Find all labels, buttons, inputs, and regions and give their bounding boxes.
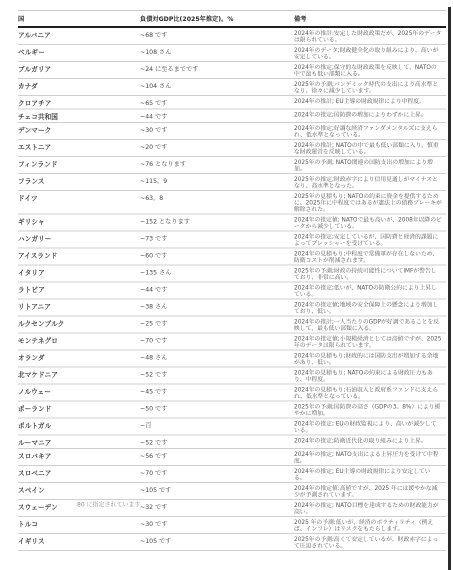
debt-ratio-value: ~56 です [140,449,294,466]
note-text: 2024年の推定値;地域の安全保障上の懸念により増加しており、低い。 [294,299,446,316]
note-text: 2024年の推定; EU主導の財政規律により安定している。 [294,466,446,483]
country-name: フランス [18,174,140,191]
country-name: 北マケドニア [18,367,140,384]
note-text: 2024年の推計; NATOの中で最も低い部類に入り、慎重な財政運営を反映してい… [294,140,446,157]
debt-ratio-value: ~32 です [140,500,294,517]
table-row: イギリス ~105 です 2025年の予測:高くて安定しているが、財政赤字によっ… [18,534,446,551]
debt-ratio-value: ~108 さん [140,45,294,62]
floating-annotation: 80 に指定されています [77,500,141,509]
table-row: スロバキア ~56 です 2024年の推定; NATO支出による上昇圧力を受けて… [18,449,446,466]
debt-ratio-value: ~20 です [140,140,294,157]
country-name: フィンランド [18,157,140,174]
note-text: 2024年の見積もり; NATOの約束による財政圧力もあり、中程度。 [294,367,446,384]
debt-ratio-value: ~115。9 [140,174,294,191]
country-name: モンテネグロ [18,333,140,350]
note-text: 2024年の推計; EU主導の財政規律により中程度。 [294,96,446,110]
country-name: ギリシャ [18,214,140,231]
debt-ratio-value: ~30 です [140,517,294,534]
table-row: ポーランド ~50 です 2025年の予測;国防費の高さ（GDPの3。8%）によ… [18,401,446,418]
note-text: 2025年の予測;財政の持続可能性についてIMFが警告しており、非常に高い。 [294,265,446,282]
country-name: ドイツ [18,191,140,215]
note-text: 2024年の推定値; NATOで最も高いが、2008年以降のピークから減少してい… [294,214,446,231]
debt-ratio-value: ~百 [140,418,294,435]
debt-ratio-value: ~63。8 [140,191,294,215]
note-text: 2024年のデータ;財政健全化の取り組みにより、高いが安定している。 [294,45,446,62]
debt-ratio-value: ~105 です [140,483,294,500]
debt-ratio-value: ~52 です [140,367,294,384]
debt-ratio-value: ~70 です [140,333,294,350]
table-row: ポルトガル ~百 2024年の推定; EUの財政監視により、高いが減少している。 [18,418,446,435]
table-row: ノルウェー ~45 です 2024年の見積もり;石油収入と政府系ファンドに支えら… [18,384,446,401]
debt-ratio-value: ~30 です [140,123,294,140]
country-name: エストニア [18,140,140,157]
country-name: リトアニア [18,299,140,316]
table-row: トルコ ~30 です 2025 年の予測:低いが、経済のボラティリティ（例えば、… [18,517,446,534]
col-header-country: 国 [18,11,140,28]
note-text: 2024年の見積もり;石油収入と政府系ファンドに支えられ、低水準となっている。 [294,384,446,401]
note-text: 2024年の推計:安定した財政政策だが、2025年のデータは限られている。 [294,27,446,45]
note-text: 2025年の予測; NATO関連の国防支出の増加により増加。 [294,157,446,174]
note-text: 2024年の推定;好調な経済ファンダメンタルズに支えられ、低水準となっている。 [294,123,446,140]
note-text: 2024年の見積もり;中程度で常備軍が存在しないため、防衛コストが削減されます。 [294,248,446,265]
note-text: 2024年の推定;保守的な財政政策を反映して、NATOの中で最も低い部類に入る。 [294,62,446,79]
table-row: ルーマニア ~52 です 2024年の推定;防衛近代化の取り組みにより上昇。 [18,435,446,449]
debt-ratio-value: ~52 です [140,435,294,449]
note-text: 2024年の見積もり;財政的には国防支出が増加する余地があり、低い。 [294,350,446,367]
debt-ratio-value: ~70 です [140,466,294,483]
note-text: 2024年の推定; NATO目標を達成するための財政能力が高い。 [294,500,446,517]
debt-ratio-value: ~44 です [140,282,294,299]
country-name: スペイン [18,483,140,500]
debt-ratio-value: ~45 です [140,384,294,401]
col-header-notes: 備考 [294,11,446,28]
note-text: 2025年の見積もり; NATOの約束に資金を提供するために、2025年に中程度… [294,191,446,215]
note-text: 2024年の推定;低いが、NATOの防衛公約により上昇している。 [294,282,446,299]
country-name: カナダ [18,79,140,96]
table-row: アイスランド ~60 です 2024年の見積もり;中程度で常備軍が存在しないため… [18,248,446,265]
debt-to-gdp-table: 国 負債対GDP比(2025年推定)。% 備考 アルバニア ~68 です 202… [18,10,446,551]
table-row: チェコ共和国 ~44 です 2024年の推定;国防費の増加によりわずかに上昇。 [18,109,446,123]
note-text: 2024年の推定; NATO支出による上昇圧力を受けて中程度。 [294,449,446,466]
debt-ratio-value: ~76 となります [140,157,294,174]
table-row: ベルギー ~108 さん 2024年のデータ;財政健全化の取り組みにより、高いが… [18,45,446,62]
table-row: ハンガリー ~73 です 2024年の推定;安定しているが、国防費と経済的課題に… [18,231,446,248]
country-name: アルバニア [18,27,140,45]
note-text: 2024年の推定;安定しているが、国防費と経済的課題によってプレッシャーを受けて… [294,231,446,248]
country-name: アイスランド [18,248,140,265]
country-name: デンマーク [18,123,140,140]
table-row: デンマーク ~30 です 2024年の推定;好調な経済ファンダメンタルズに支えら… [18,123,446,140]
debt-ratio-value: ~105 です [140,534,294,551]
table-row: モンテネグロ ~70 です 2024年の推定値;小規模経済としては高値ですが、2… [18,333,446,350]
note-text: 2024年の推計;一人当たりのGDPが好調であることを反映して、最も低い部類に入… [294,316,446,333]
table-row: 北マケドニア ~52 です 2024年の見積もり; NATOの約束による財政圧力… [18,367,446,384]
table-row: ブルガリア ~24 に至るまでです 2024年の推定;保守的な財政政策を反映して… [18,62,446,79]
debt-ratio-value: ~44 です [140,109,294,123]
debt-ratio-value: ~25 です [140,316,294,333]
note-text: 2025年の予測;国防費の高さ（GDPの3。8%）により緩やかに増加。 [294,401,446,418]
note-text: 2025年の推定;財政赤字により信用見通しがマイナスとなり、高水準となった。 [294,174,446,191]
table-header-row: 国 負債対GDP比(2025年推定)。% 備考 [18,11,446,28]
table-area: 国 負債対GDP比(2025年推定)。% 備考 アルバニア ~68 です 202… [18,10,446,551]
note-text: 2025年の予測:高くて安定しているが、財政赤字によって圧迫されている。 [294,534,446,551]
country-name: ルーマニア [18,435,140,449]
table-row: イタリア ~135 さん 2025年の予測;財政の持続可能性についてIMFが警告… [18,265,446,282]
document-page: 国 負債対GDP比(2025年推定)。% 備考 アルバニア ~68 です 202… [0,0,453,570]
country-name: ラトビア [18,282,140,299]
country-name: スロバキア [18,449,140,466]
table-row: スロベニア ~70 です 2024年の推定; EU主導の財政規律により安定してい… [18,466,446,483]
debt-ratio-value: ~65 です [140,96,294,110]
table-row: アルバニア ~68 です 2024年の推計:安定した財政政策だが、2025年のデ… [18,27,446,45]
debt-ratio-value: ~68 です [140,27,294,45]
note-text: 2024年の推定;防衛近代化の取り組みにより上昇。 [294,435,446,449]
country-name: ポーランド [18,401,140,418]
debt-ratio-value: ~50 です [140,401,294,418]
table-row: エストニア ~20 です 2024年の推計; NATOの中で最も低い部類に入り、… [18,140,446,157]
country-name: ポルトガル [18,418,140,435]
table-row: ルクセンブルク ~25 です 2024年の推計;一人当たりのGDPが好調であるこ… [18,316,446,333]
debt-ratio-value: ~73 です [140,231,294,248]
country-name: チェコ共和国 [18,109,140,123]
col-header-debt-ratio: 負債対GDP比(2025年推定)。% [140,11,294,28]
table-row: スペイン ~105 です 2024年の推定値:高値ですが、2025 年には緩やか… [18,483,446,500]
country-name: オランダ [18,350,140,367]
note-text: 2025 年の予測:低いが、経済のボラティリティ（例えば、インフレ）はリスクをも… [294,517,446,534]
note-text: 2024年の推定値:高値ですが、2025 年には緩やかな減少が予測されています。 [294,483,446,500]
country-name: ルクセンブルク [18,316,140,333]
note-text: 2024年の推定; EUの財政監視により、高いが減少している。 [294,418,446,435]
table-row: ラトビア ~44 です 2024年の推定;低いが、NATOの防衛公約により上昇し… [18,282,446,299]
country-name: ベルギー [18,45,140,62]
debt-ratio-value: ~24 に至るまでです [140,62,294,79]
country-name: クロアチア [18,96,140,110]
country-name: ノルウェー [18,384,140,401]
country-name: イギリス [18,534,140,551]
table-row: リトアニア ~38 さん 2024年の推定値;地域の安全保障上の懸念により増加し… [18,299,446,316]
debt-ratio-value: ~60 です [140,248,294,265]
note-text: 2024年の推定;国防費の増加によりわずかに上昇。 [294,109,446,123]
table-row: ドイツ ~63。8 2025年の見積もり; NATOの約束に資金を提供するために… [18,191,446,215]
table-row: フィンランド ~76 となります 2025年の予測; NATO関連の国防支出の増… [18,157,446,174]
debt-ratio-value: ~48 さん [140,350,294,367]
table-row: ギリシャ ~152 となります 2024年の推定値; NATOで最も高いが、20… [18,214,446,231]
country-name: ハンガリー [18,231,140,248]
page-right-border [448,7,451,570]
table-row: フランス ~115。9 2025年の推定;財政赤字により信用見通しがマイナスとな… [18,174,446,191]
country-name: イタリア [18,265,140,282]
table-row: カナダ ~104 さん 2025年の予測;パンデミック時代の支出により高水準とな… [18,79,446,96]
note-text: 2024年の推定値;小規模経済としては高値ですが、2025 年のデータは限られて… [294,333,446,350]
note-text: 2025年の予測;パンデミック時代の支出により高水準となり、徐々に減少しています… [294,79,446,96]
debt-ratio-value: ~104 さん [140,79,294,96]
debt-ratio-value: ~152 となります [140,214,294,231]
country-name: トルコ [18,517,140,534]
country-name: ブルガリア [18,62,140,79]
debt-ratio-value: ~38 さん [140,299,294,316]
debt-ratio-value: ~135 さん [140,265,294,282]
table-row: クロアチア ~65 です 2024年の推計; EU主導の財政規律により中程度。 [18,96,446,110]
country-name: スロベニア [18,466,140,483]
table-row: オランダ ~48 さん 2024年の見積もり;財政的には国防支出が増加する余地が… [18,350,446,367]
